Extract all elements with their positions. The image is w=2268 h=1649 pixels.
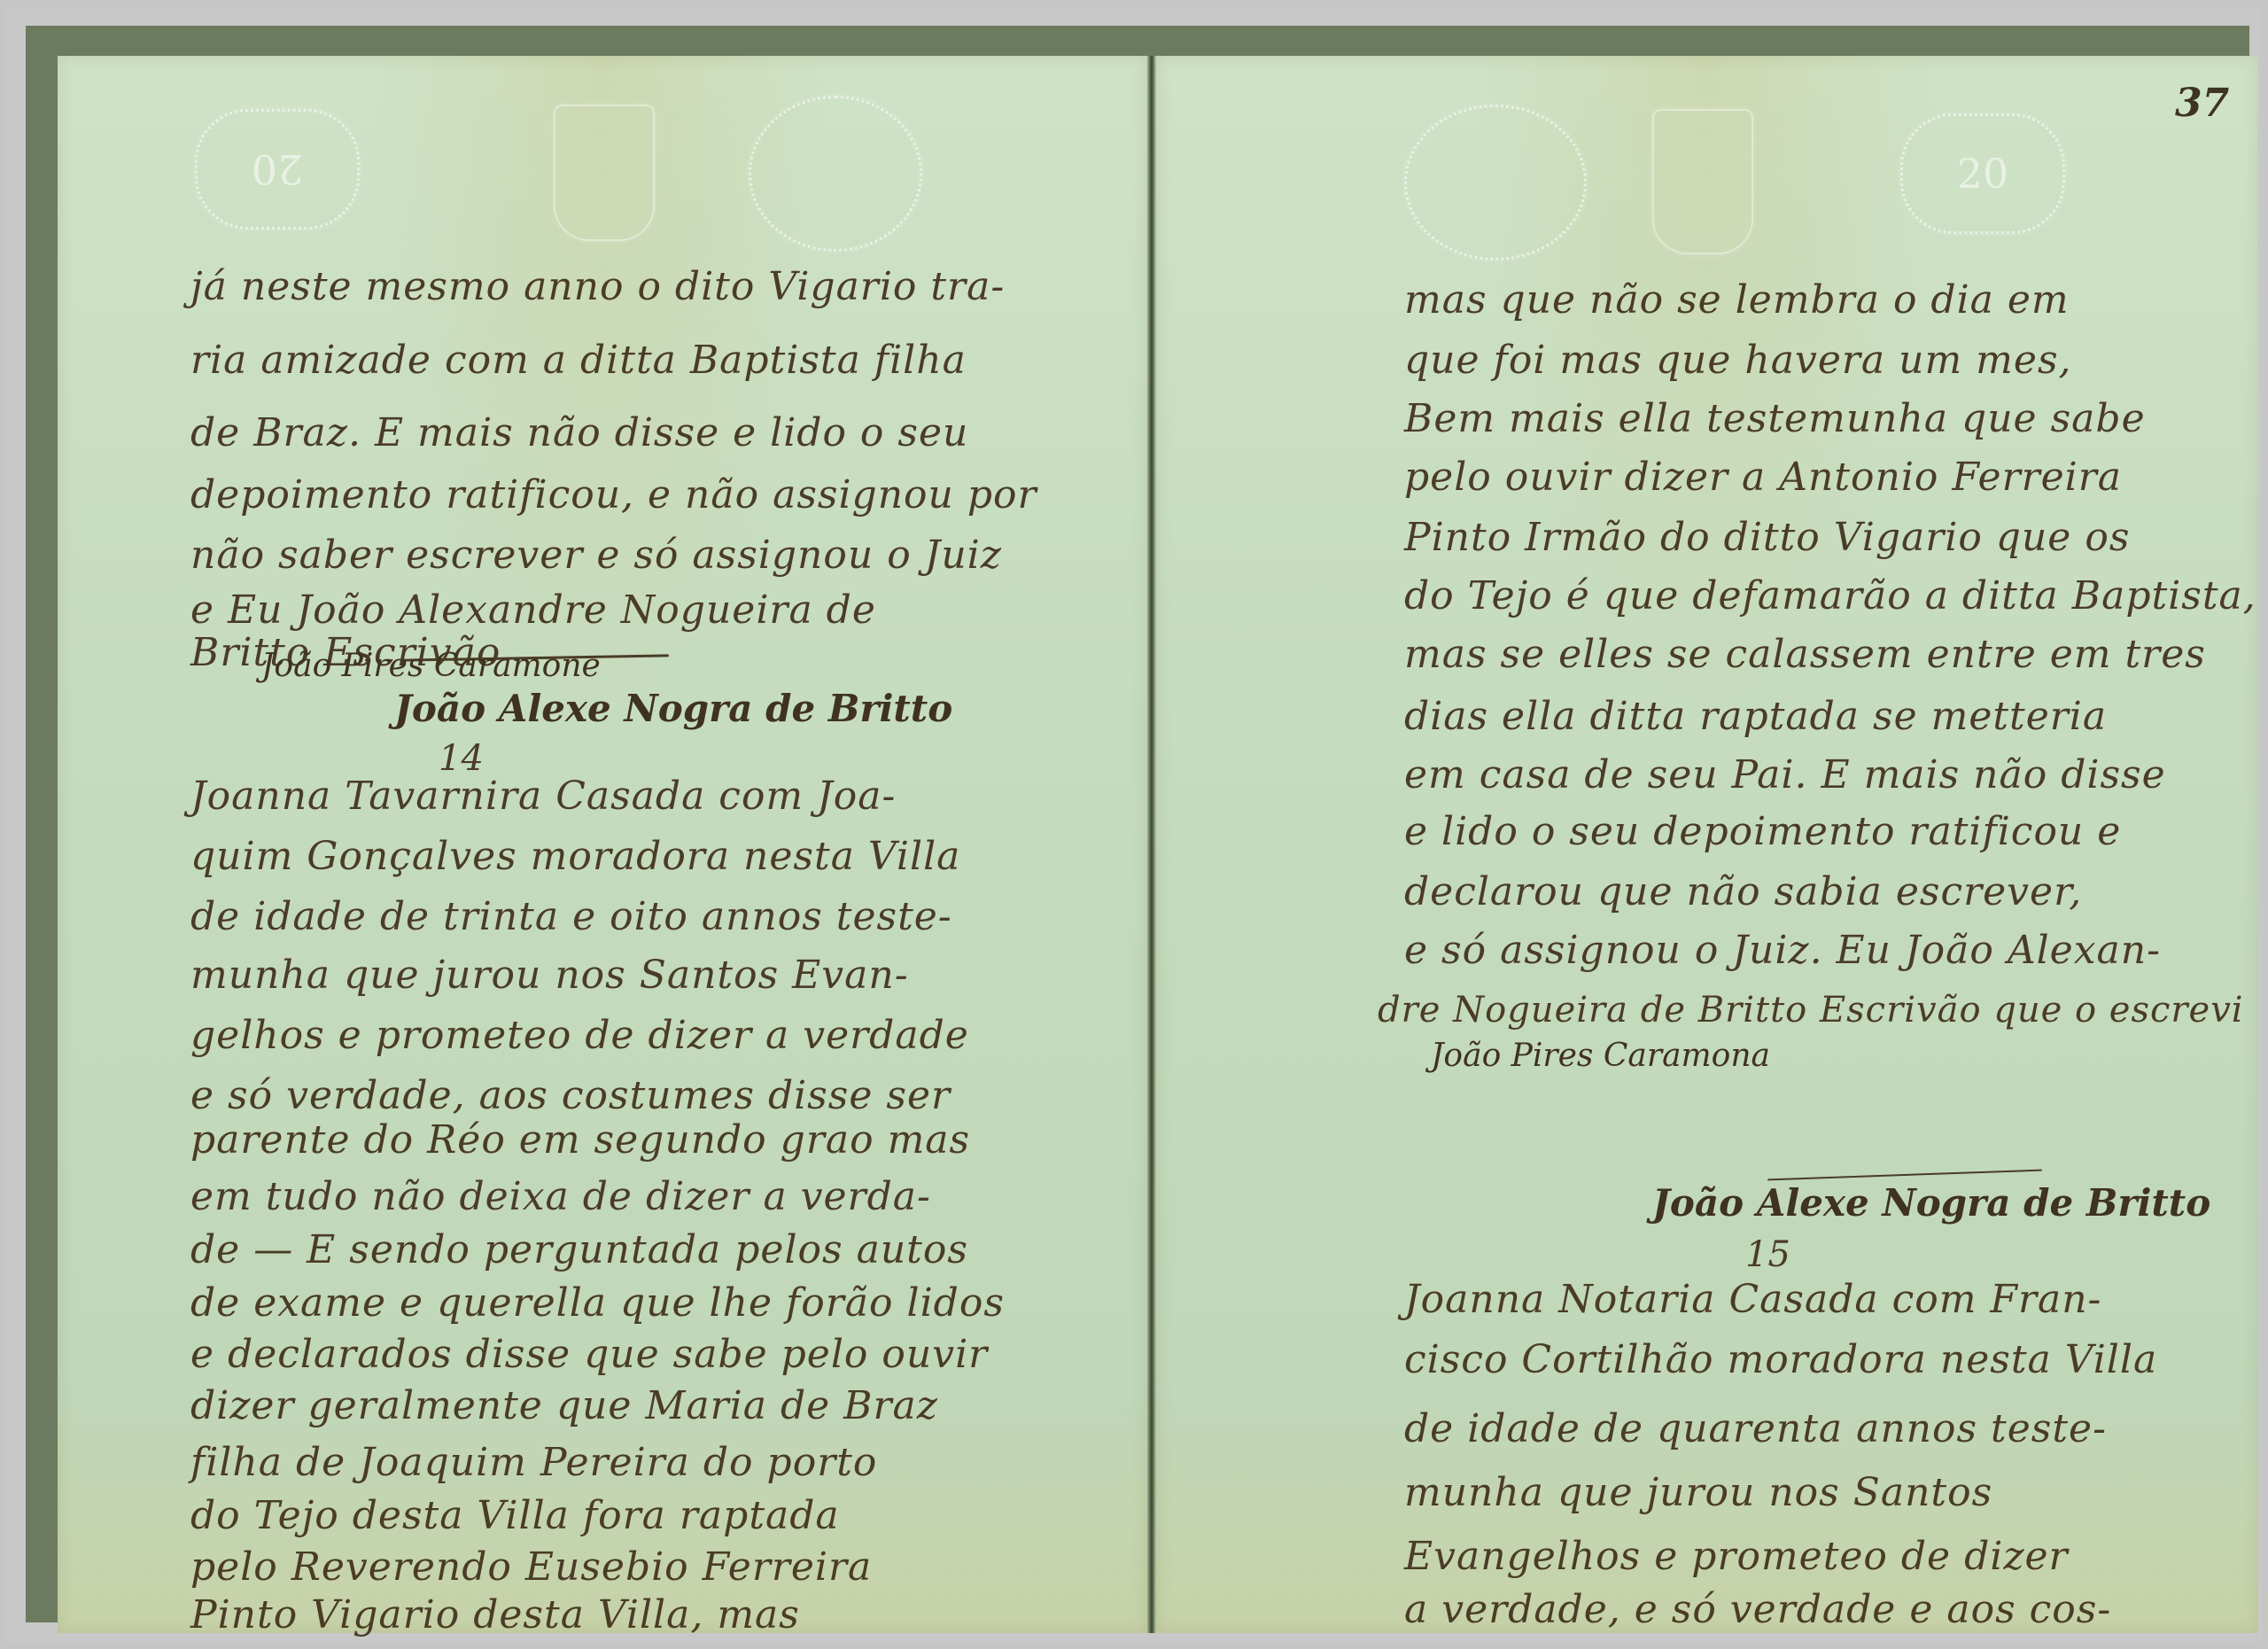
text-line: de idade de trinta e oito annos teste-: [190, 894, 952, 939]
witness-signature: João Pires Caramona: [1431, 1038, 1770, 1074]
text-line: do Tejo é que defamarão a ditta Baptista…: [1404, 573, 2256, 618]
text-line: pelo Reverendo Eusebio Ferreira: [190, 1544, 872, 1590]
text-line: dre Nogueira de Britto Escrivão que o es…: [1378, 990, 2244, 1031]
text-line: filha de Joaquim Pereira do porto: [190, 1440, 877, 1485]
folio-number: 37: [2175, 81, 2229, 126]
entry-number: 15: [1745, 1234, 1790, 1275]
witness-signature: João Pires Caramone: [261, 648, 601, 684]
text-line: parente do Réo em segundo grao mas: [190, 1117, 970, 1163]
text-line: pelo ouvir dizer a Antonio Ferreira: [1404, 455, 2122, 500]
text-line: Bem mais ella testemunha que sabe: [1404, 396, 2146, 441]
signature-flourish: [1767, 1170, 2042, 1181]
text-line: mas que não se lembra o dia em: [1404, 277, 2070, 323]
text-line: a verdade, e só verdade e aos cos-: [1404, 1587, 2111, 1632]
text-line: em casa de seu Pai. E mais não disse: [1404, 752, 2166, 797]
book-gutter: [1147, 56, 1156, 1633]
left-page: 20 já neste mesmo anno o dito Vigario tr…: [58, 56, 1147, 1633]
stamp-emboss-crest: [554, 105, 655, 241]
text-line: já neste mesmo anno o dito Vigario tra-: [190, 264, 1005, 309]
text-line: de exame e querella que lhe forão lidos: [190, 1280, 1005, 1326]
text-line: de Braz. E mais não disse e lido o seu: [190, 410, 968, 455]
text-line: e lido o seu depoimento ratificou e: [1404, 809, 2121, 854]
text-line: dias ella ditta raptada se metteria: [1404, 694, 2107, 739]
text-line: de — E sendo perguntada pelos autos: [190, 1227, 968, 1272]
text-line: em tudo não deixa de dizer a verda-: [190, 1174, 931, 1219]
text-line: quim Gonçalves moradora nesta Villa: [190, 834, 960, 879]
stamp-emboss-seal: [1404, 105, 1587, 261]
text-line: mas se elles se calassem entre em tres: [1404, 632, 2206, 677]
text-line: Pinto Irmão do ditto Vigario que os: [1404, 515, 2130, 560]
text-line: cisco Cortilhão moradora nesta Villa: [1404, 1337, 2157, 1382]
scribe-signature: João Alexe Nogra de Britto: [1652, 1181, 2210, 1225]
text-line: e só assignou o Juiz. Eu João Alexan-: [1404, 928, 2161, 973]
scan-frame: 20 já neste mesmo anno o dito Vigario tr…: [26, 26, 2249, 1622]
text-line: e só verdade, aos costumes disse ser: [190, 1073, 951, 1118]
text-line: e Eu João Alexandre Nogueira de: [190, 587, 876, 633]
book-spread: 20 já neste mesmo anno o dito Vigario tr…: [58, 56, 2258, 1633]
text-line: munha que jurou nos Santos Evan-: [190, 953, 909, 998]
text-line: Joanna Notaria Casada com Fran-: [1404, 1277, 2101, 1322]
text-line: do Tejo desta Villa fora raptada: [190, 1493, 840, 1538]
text-line: que foi mas que havera um mes,: [1404, 338, 2072, 383]
stamp-emboss-crest: [1652, 109, 1753, 254]
text-line: declarou que não sabia escrever,: [1404, 869, 2082, 914]
scribe-signature: João Alexe Nogra de Britto: [394, 687, 952, 730]
stamp-emboss-seal: [749, 96, 922, 252]
text-line: Evangelhos e prometeo de dizer: [1404, 1534, 2069, 1579]
text-line: depoimento ratificou, e não assignou por: [190, 472, 1037, 517]
text-line: ria amizade com a ditta Baptista filha: [190, 338, 967, 383]
right-page: 37 20 mas que não se lembra o dia em que…: [1156, 56, 2258, 1633]
text-line: munha que jurou nos Santos: [1404, 1470, 1992, 1515]
text-line: Pinto Vigario desta Villa, mas: [190, 1592, 800, 1637]
document-viewer: 20 já neste mesmo anno o dito Vigario tr…: [6, 6, 2262, 1643]
text-line: Joanna Tavarnira Casada com Joa-: [190, 774, 896, 819]
text-line: não saber escrever e só assignou o Juiz: [190, 533, 1002, 578]
text-line: dizer geralmente que Maria de Braz: [190, 1383, 938, 1428]
stamp-emboss-value: 20: [1900, 113, 2065, 234]
text-line: de idade de quarenta annos teste-: [1404, 1406, 2107, 1451]
text-line: gelhos e prometeo de dizer a verdade: [190, 1013, 969, 1058]
stamp-emboss-value: 20: [195, 109, 360, 229]
text-line: e declarados disse que sabe pelo ouvir: [190, 1332, 988, 1377]
